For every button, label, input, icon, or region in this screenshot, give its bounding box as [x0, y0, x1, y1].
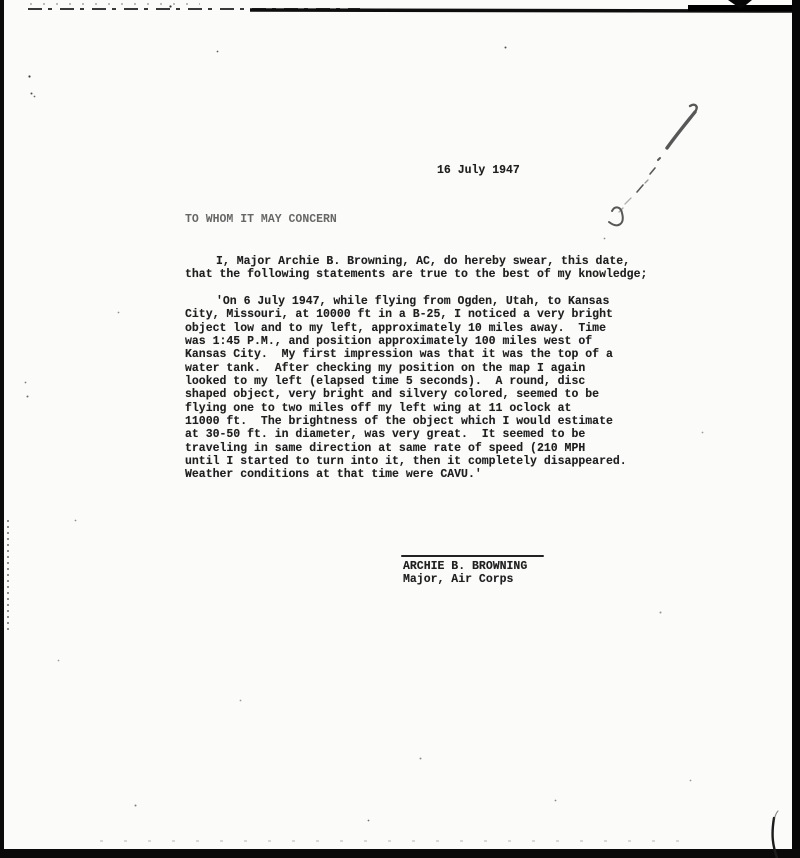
intro-line: I, Major Archie B. Browning, AC, do here… [216, 255, 647, 268]
scan-right-edge [792, 0, 800, 858]
letter-intro-paragraph: I, Major Archie B. Browning, AC, do here… [185, 255, 647, 282]
scan-left-edge [0, 0, 4, 858]
statement-line: at 30-50 ft. in diameter, was very great… [185, 428, 627, 441]
signature-underline [401, 555, 544, 557]
scan-noise-speckles [0, 0, 1, 1]
statement-line: Weather conditions at that time were CAV… [185, 468, 627, 481]
signature-block: ARCHIE B. BROWNING Major, Air Corps [401, 555, 544, 587]
statement-line: until I started to turn into it, then it… [185, 455, 627, 468]
signature-title: Major, Air Corps [403, 573, 544, 586]
signature-name: ARCHIE B. BROWNING [403, 560, 544, 573]
statement-line: water tank. After checking my position o… [185, 362, 627, 375]
statement-line: traveling in same direction at same rate… [185, 442, 627, 455]
scan-bottom-edge [0, 849, 800, 858]
handwriting-scrawl-icon [595, 100, 715, 235]
statement-line: looked to my left (elapsed time 5 second… [185, 375, 627, 388]
statement-line: shaped object, very bright and silvery c… [185, 388, 627, 401]
statement-line: object low and to my left, approximately… [185, 322, 627, 335]
statement-line: City, Missouri, at 10000 ft in a B-25, I… [185, 308, 627, 321]
statement-line: flying one to two miles off my left wing… [185, 402, 627, 415]
statement-line: 'On 6 July 1947, while flying from Ogden… [216, 295, 627, 308]
letter-statement-paragraph: 'On 6 July 1947, while flying from Ogden… [185, 295, 627, 482]
statement-line: was 1:45 P.M., and position approximatel… [185, 335, 627, 348]
letter-salutation: TO WHOM IT MAY CONCERN [185, 213, 337, 226]
bottom-smudge-row [100, 840, 680, 842]
intro-line: that the following statements are true t… [185, 268, 647, 281]
scanned-letter-page: 16 July 1947 TO WHOM IT MAY CONCERN I, M… [0, 0, 800, 858]
pen-stroke-mark [755, 808, 795, 858]
scan-top-edge-line [0, 0, 800, 20]
statement-line: Kansas City. My first impression was tha… [185, 348, 627, 361]
left-margin-bleed-marks [7, 520, 9, 632]
letter-date: 16 July 1947 [437, 164, 520, 177]
statement-line: 11000 ft. The brightness of the object w… [185, 415, 627, 428]
